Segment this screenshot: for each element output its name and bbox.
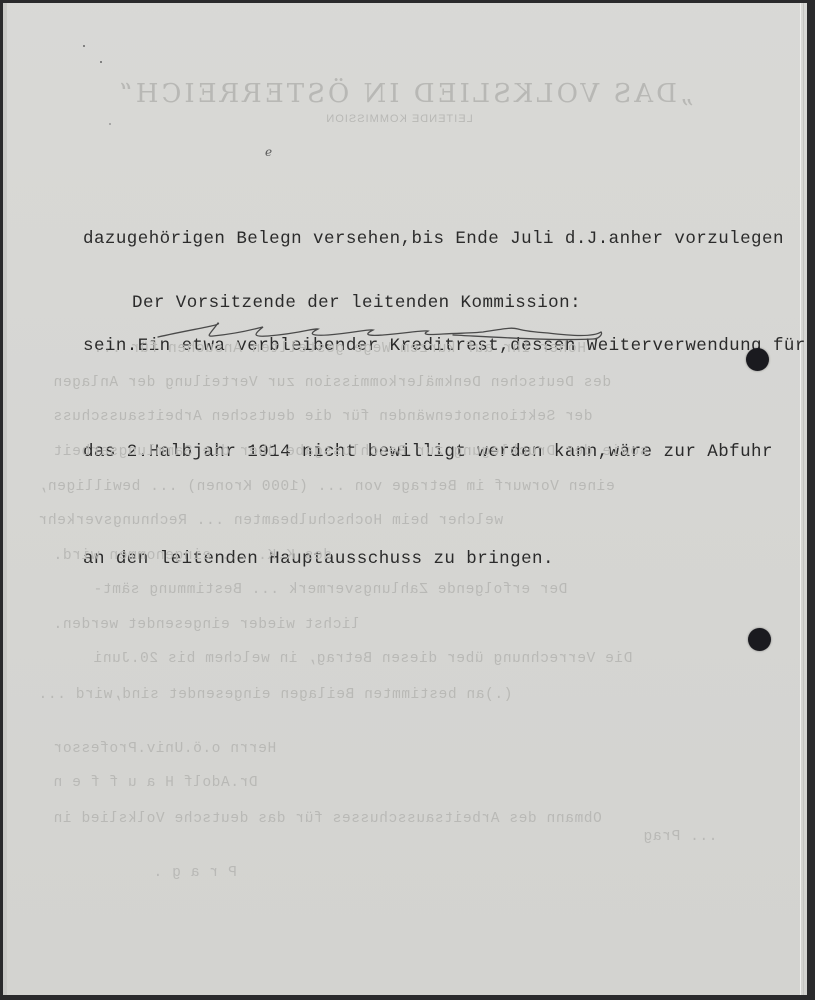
ghost-line: Der erfolgende Zahlungsvermerk ... Besti…: [93, 582, 567, 598]
ghost-line: einen Vorwurf im Betrage von ... (1000 K…: [38, 479, 615, 495]
punch-hole: [748, 628, 771, 651]
ghost-line: Hoher Ihr auf kurzem Wege gestellten Ans…: [93, 341, 586, 357]
closing-line: Der Vorsitzende der leitenden Kommission…: [132, 293, 581, 313]
ghost-line: P r a g .: [153, 865, 237, 881]
ghost-line: sowie der Drucklegung zur Beschlussgabe …: [53, 444, 648, 460]
ghost-line: der Sektionsnotenwänden für die deutsche…: [53, 409, 592, 425]
ghost-line: des Deutschen Denkmälerkommission zur Ve…: [53, 375, 611, 391]
ghost-line: Obmann des Arbeitsausschusses für das de…: [53, 811, 602, 827]
punch-hole: [746, 348, 769, 371]
ghost-line: lichst wieder eingesendet werden.: [53, 617, 360, 633]
ghost-line: Herrn o.ö.Univ.Professor: [53, 741, 276, 757]
ghost-line: Dr.Adolf H a u f f e n: [53, 775, 258, 791]
document-page: „DAS VOLKSLIED IN ÖSTERREICH“ LEITENDE K…: [3, 3, 807, 995]
ghost-line: Die Verrechnung über diesen Betrag, in w…: [93, 651, 632, 667]
ghost-line: welcher beim Hochschulbeamten ... Rechnu…: [38, 513, 503, 529]
ghost-line: ... Prag: [643, 829, 717, 845]
show-through-text: Hoher Ihr auf kurzem Wege gestellten Ans…: [3, 3, 815, 291]
ghost-line: des K.K. ... eingenommen wird.: [53, 548, 332, 564]
ghost-line: (.)an bestimmten Beilagen eingesendet si…: [38, 687, 512, 703]
